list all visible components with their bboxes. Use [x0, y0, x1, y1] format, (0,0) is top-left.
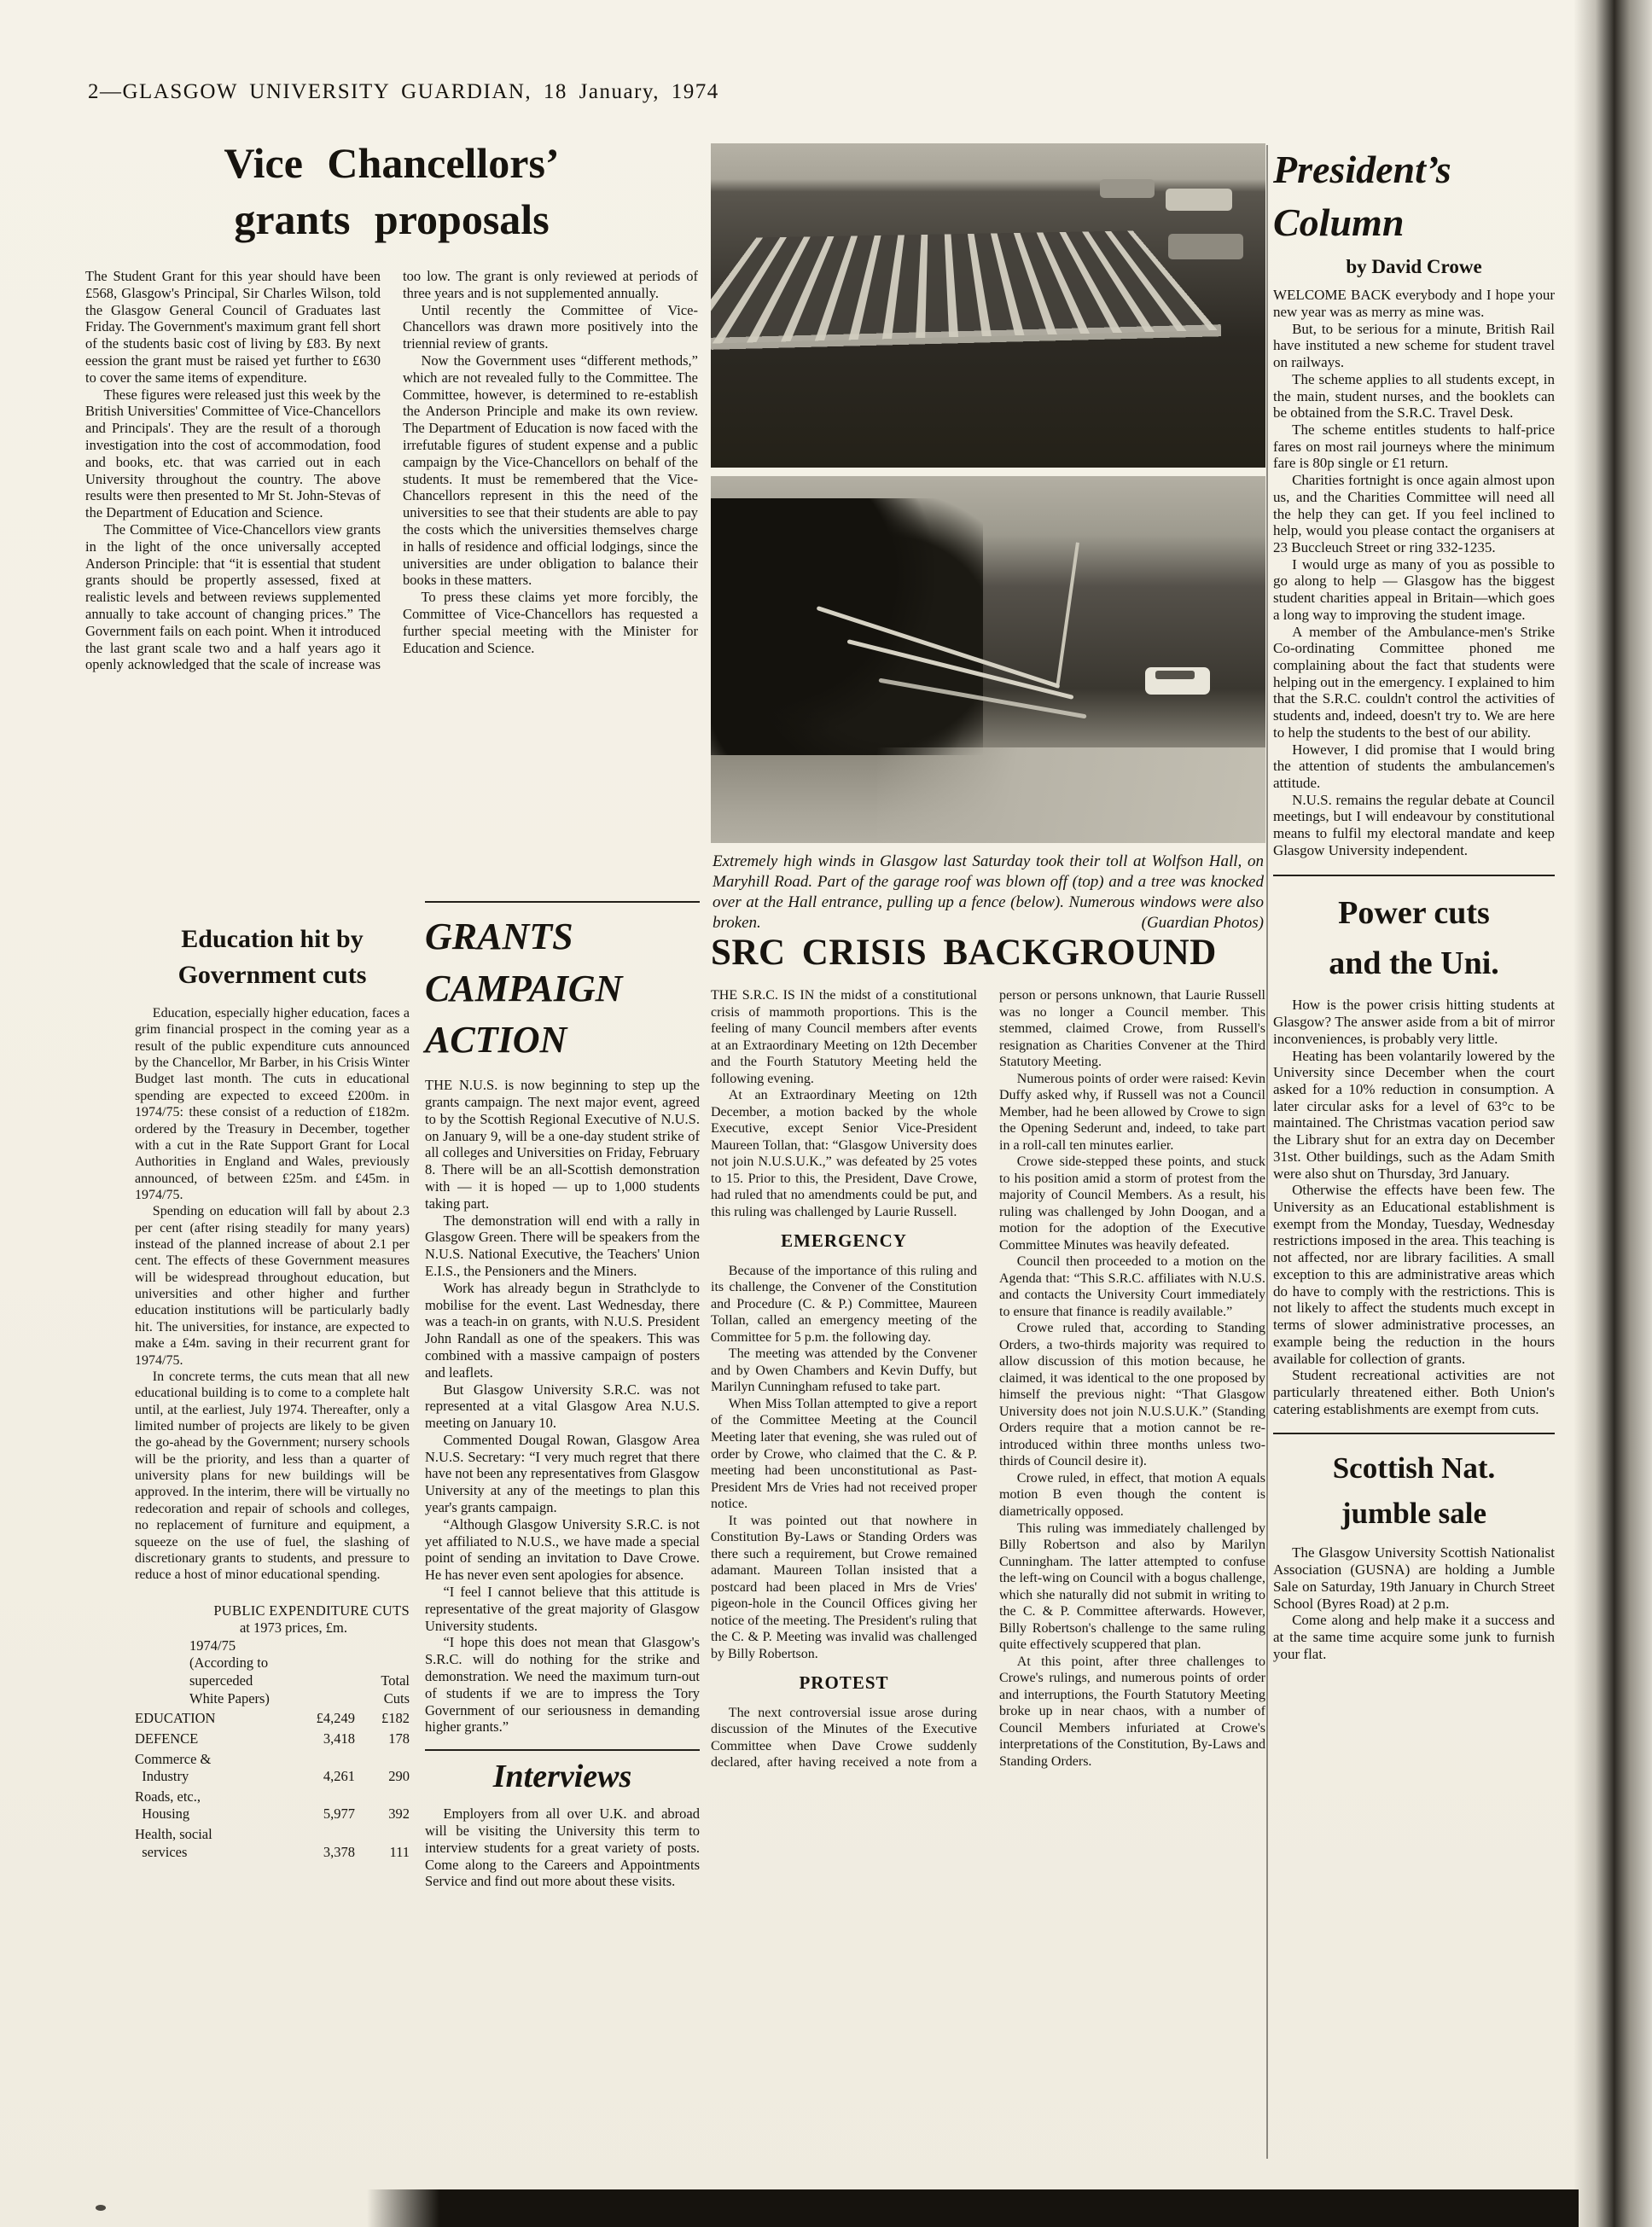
road-shape [877, 747, 1265, 843]
paragraph: These figures were released just this we… [85, 387, 381, 521]
table-row: EDUCATION £4,249 £182 [135, 1710, 410, 1728]
row-value-1974-75: £4,249 [280, 1710, 355, 1728]
headline-line: jumble sale [1273, 1491, 1555, 1537]
article-presidents-column: President’sColumn by David Crowe WELCOME… [1273, 143, 1555, 859]
grants-campaign-headline: GRANTSCAMPAIGNACTION [425, 911, 700, 1067]
headline-line: GRANTS [425, 911, 700, 963]
education-cuts-headline: Education hit byGovernment cuts [135, 922, 410, 993]
paragraph: Otherwise the effects have been few. The… [1273, 1182, 1555, 1367]
headline-line: CAMPAIGN [425, 963, 700, 1015]
paragraph: THE S.R.C. IS IN the midst of a constitu… [711, 987, 977, 1087]
paragraph: But Glasgow University S.R.C. was not re… [425, 1381, 700, 1432]
row-value-total-cuts: 392 [355, 1805, 410, 1823]
interviews-body: Employers from all over U.K. and abroad … [425, 1805, 700, 1890]
table-row: Health, social services 3,378 111 [135, 1826, 410, 1861]
paragraph: Spending on education will fall by about… [135, 1203, 410, 1369]
row-value-1974-75: 5,977 [280, 1805, 355, 1823]
table-row: Roads, etc., Housing 5,977 392 [135, 1788, 410, 1823]
headline-line: and the Uni. [1273, 939, 1555, 989]
paragraph: N.U.S. remains the regular debate at Cou… [1273, 792, 1555, 859]
row-value-1974-75: 3,418 [280, 1730, 355, 1748]
lead-headline: Vice Chancellors’grants proposals [85, 135, 698, 247]
paragraph: However, I did promise that I would brin… [1273, 741, 1555, 792]
table-col1-header: 1974/75 (According to superceded White P… [135, 1637, 270, 1708]
masthead: 2—GLASGOW UNIVERSITY GUARDIAN, 18 Januar… [88, 80, 719, 104]
headline-line: Government cuts [135, 957, 410, 993]
article-interviews: Interviews Employers from all over U.K. … [425, 1749, 700, 1890]
headline-line: Education hit by [135, 922, 410, 957]
paragraph: Come along and help make it a success an… [1273, 1612, 1555, 1662]
paragraph: Crowe ruled that, according to Standing … [999, 1320, 1265, 1470]
paragraph: Crowe ruled, in effect, that motion A eq… [999, 1470, 1265, 1521]
headline-line: President’s [1273, 143, 1555, 196]
jumble-sale-headline: Scottish Nat.jumble sale [1273, 1446, 1555, 1536]
table-row: DEFENCE 3,418 178 [135, 1730, 410, 1748]
paragraph: Because of the importance of this ruling… [711, 1263, 977, 1346]
row-value-total-cuts: 178 [355, 1730, 410, 1748]
photo-credit: (Guardian Photos) [1142, 913, 1264, 933]
paragraph: WELCOME BACK everybody and I hope your n… [1273, 287, 1555, 320]
right-rail: President’sColumn by David Crowe WELCOME… [1273, 143, 1555, 1662]
paragraph: The Student Grant for this year should h… [85, 268, 381, 387]
paragraph: The Glasgow University Scottish National… [1273, 1544, 1555, 1612]
src-crisis-body: THE S.R.C. IS IN the midst of a constitu… [711, 987, 1265, 1771]
paragraph: Commented Dougal Rowan, Glasgow Area N.U… [425, 1432, 700, 1516]
parked-car-shape [1168, 234, 1243, 259]
presidents-column-body: WELCOME BACK everybody and I hope your n… [1273, 287, 1555, 858]
row-label: Commerce & Industry [135, 1751, 280, 1786]
power-cuts-headline: Power cutsand the Uni. [1273, 888, 1555, 989]
paragraph: Crowe side-stepped these points, and stu… [999, 1154, 1265, 1253]
row-value-1974-75: 4,261 [280, 1768, 355, 1786]
newspaper-page: 2—GLASGOW UNIVERSITY GUARDIAN, 18 Januar… [0, 0, 1652, 2227]
paragraph: Until recently the Committee of Vice-Cha… [403, 302, 698, 352]
table-rows: EDUCATION £4,249 £182 DEFENCE 3,418 178 … [135, 1710, 410, 1861]
paragraph: THE N.U.S. is now beginning to step up t… [425, 1077, 700, 1212]
row-label: Roads, etc., Housing [135, 1788, 280, 1823]
headline-line: ACTION [425, 1015, 700, 1067]
paragraph: In concrete terms, the cuts mean that al… [135, 1369, 410, 1584]
pole-shape [1056, 543, 1079, 689]
power-cuts-body: How is the power crisis hitting students… [1273, 997, 1555, 1417]
paragraph: “I feel I cannot believe that this attit… [425, 1584, 700, 1634]
row-value-1974-75: 3,378 [280, 1844, 355, 1862]
grants-campaign-body: THE N.U.S. is now beginning to step up t… [425, 1077, 700, 1736]
column-rule [1266, 145, 1268, 2159]
paragraph: A member of the Ambulance-men's Strike C… [1273, 624, 1555, 741]
headline-line: Power cuts [1273, 888, 1555, 939]
parked-car-shape [1166, 189, 1232, 211]
src-crisis-headline: SRC CRISIS BACKGROUND [711, 932, 1265, 974]
lead-article-body: The Student Grant for this year should h… [85, 268, 698, 673]
row-label: EDUCATION [135, 1710, 280, 1728]
headline-line: Scottish Nat. [1273, 1446, 1555, 1491]
table-col2-header: Total Cuts [381, 1672, 410, 1707]
paragraph: The demonstration will end with a rally … [425, 1212, 700, 1280]
paragraph: Employers from all over U.K. and abroad … [425, 1805, 700, 1890]
paragraph: The scheme entitles students to half-pri… [1273, 422, 1555, 472]
education-cuts-body: Education, especially higher education, … [135, 1005, 410, 1584]
article-vice-chancellors-grants: Vice Chancellors’grants proposals The St… [85, 135, 698, 673]
paragraph: I would urge as many of you as possible … [1273, 556, 1555, 624]
section-divider [1273, 1433, 1555, 1434]
paragraph: Education, especially higher education, … [135, 1005, 410, 1203]
paragraph: “I hope this does not mean that Glasgow'… [425, 1634, 700, 1736]
article-scottish-nat-jumble-sale: Scottish Nat.jumble sale The Glasgow Uni… [1273, 1446, 1555, 1662]
table-title: PUBLIC EXPENDITURE CUTS [135, 1602, 410, 1620]
src-subhead-protest: PROTEST [711, 1672, 977, 1695]
paragraph: Heating has been volantarily lowered by … [1273, 1048, 1555, 1183]
table-subtitle: at 1973 prices, £m. [135, 1619, 410, 1637]
row-label: DEFENCE [135, 1730, 280, 1748]
paragraph: But, to be serious for a minute, British… [1273, 321, 1555, 371]
paragraph: This ruling was immediately challenged b… [999, 1521, 1265, 1654]
article-src-crisis: SRC CRISIS BACKGROUND THE S.R.C. IS IN t… [711, 932, 1265, 1771]
paragraph: When Miss Tollan attempted to give a rep… [711, 1396, 977, 1513]
expenditure-cuts-table: PUBLIC EXPENDITURE CUTS at 1973 prices, … [135, 1602, 410, 1862]
paragraph: It was pointed out that nowhere in Const… [711, 1513, 977, 1663]
headline-line: grants proposals [85, 191, 698, 247]
interviews-headline: Interviews [425, 1758, 700, 1795]
paragraph: To press these claims yet more forcibly,… [403, 589, 698, 656]
row-value-total-cuts: £182 [355, 1710, 410, 1728]
paragraph: The scheme applies to all students excep… [1273, 371, 1555, 422]
table-row: Commerce & Industry 4,261 290 [135, 1751, 410, 1786]
paragraph: Charities fortnight is once again almost… [1273, 472, 1555, 556]
article-grants-campaign: GRANTSCAMPAIGNACTION THE N.U.S. is now b… [425, 901, 700, 1890]
scan-edge-bottom [367, 2189, 1579, 2227]
scan-edge-right [1573, 0, 1652, 2227]
storm-photo-garage-roof [711, 143, 1265, 468]
storm-photos-block: Extremely high winds in Glasgow last Sat… [711, 143, 1265, 934]
row-label: Health, social services [135, 1826, 280, 1861]
row-value-total-cuts: 290 [355, 1768, 410, 1786]
paragraph: Now the Government uses “different metho… [403, 352, 698, 589]
paragraph: At this point, after three challenges to… [999, 1654, 1265, 1771]
storm-photo-fallen-tree [711, 476, 1265, 843]
table-header: 1974/75 (According to superceded White P… [135, 1637, 410, 1708]
paragraph: At an Extraordinary Meeting on 12th Dece… [711, 1087, 977, 1220]
presidents-column-byline: by David Crowe [1273, 256, 1555, 278]
car-shape [1145, 667, 1210, 695]
parked-car-shape [1100, 179, 1155, 198]
article-education-cuts: Education hit byGovernment cuts Educatio… [135, 922, 410, 1861]
paragraph: Council then proceeded to a motion on th… [999, 1253, 1265, 1320]
paragraph: Work has already begun in Strathclyde to… [425, 1280, 700, 1381]
section-divider [1273, 875, 1555, 876]
headline-line: Vice Chancellors’ [85, 135, 698, 191]
paragraph: How is the power crisis hitting students… [1273, 997, 1555, 1047]
paragraph: The meeting was attended by the Convener… [711, 1346, 977, 1396]
row-value-total-cuts: 111 [355, 1844, 410, 1862]
src-crisis-part2: Because of the importance of this ruling… [711, 1263, 977, 1662]
paragraph: Numerous points of order were raised: Ke… [999, 1071, 1265, 1154]
jumble-sale-body: The Glasgow University Scottish National… [1273, 1544, 1555, 1662]
paragraph: “Although Glasgow University S.R.C. is n… [425, 1516, 700, 1584]
presidents-column-headline: President’sColumn [1273, 143, 1555, 249]
trees-shape [711, 498, 983, 755]
src-crisis-part1: THE S.R.C. IS IN the midst of a constitu… [711, 987, 977, 1220]
src-subhead-emergency: EMERGENCY [711, 1230, 977, 1253]
photo-caption: Extremely high winds in Glasgow last Sat… [713, 852, 1264, 934]
paragraph: Student recreational activities are not … [1273, 1367, 1555, 1417]
ink-smudge [96, 2205, 106, 2211]
headline-line: Column [1273, 196, 1555, 249]
article-power-cuts: Power cutsand the Uni. How is the power … [1273, 888, 1555, 1418]
